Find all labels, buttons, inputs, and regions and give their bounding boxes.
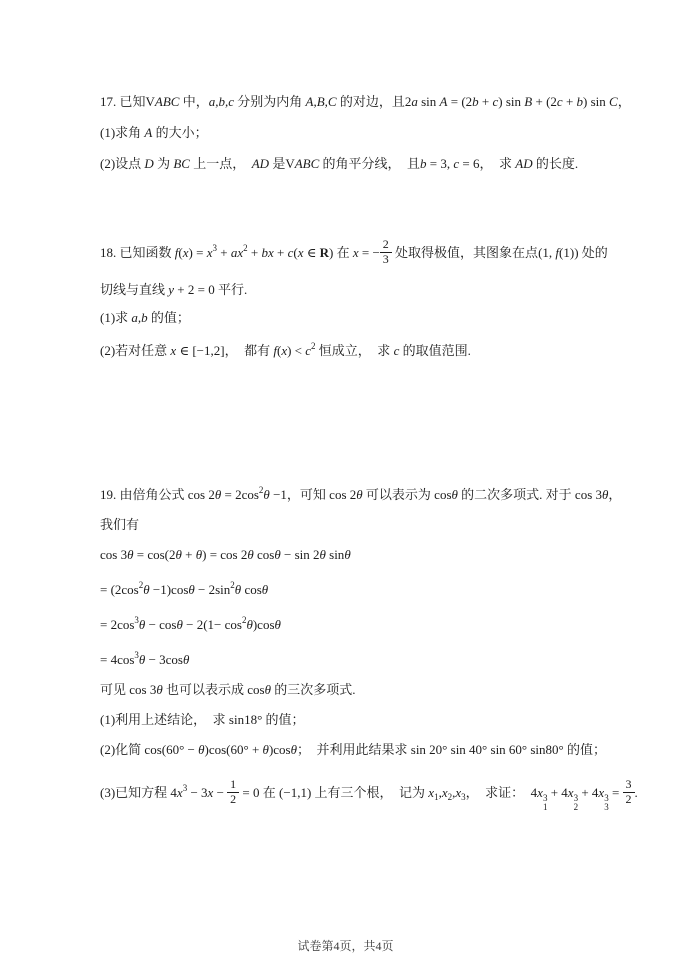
text-run: (2)设点	[100, 156, 144, 171]
math-text: (1,	[538, 245, 555, 260]
subscript: 2	[574, 803, 579, 812]
text-run: ，	[608, 487, 621, 502]
text-run: 的三次多项式.	[271, 682, 356, 697]
math-variable: a,b	[131, 310, 147, 325]
text-run: 的取值范围.	[399, 343, 471, 358]
math-variable: BC	[173, 156, 190, 171]
text-run: 可以表示为	[363, 487, 435, 502]
text-line: (2)若对任意 x ∈ [−1,2]， 都有 f(x) < c2 恒成立， 求 …	[100, 332, 620, 365]
text-run: ， 求证：	[466, 785, 531, 800]
math-text: ) sin	[498, 94, 524, 109]
fraction-denominator: 2	[227, 793, 239, 807]
text-run: 18. 已知函数	[100, 245, 175, 260]
math-text: sin	[418, 94, 440, 109]
text-run: 的角平分线， 且	[319, 156, 420, 171]
math-text: + (2	[532, 94, 557, 109]
fraction: 12	[227, 778, 239, 807]
text-run: 中，	[179, 94, 208, 109]
text-run: (3)已知方程	[100, 785, 170, 800]
fraction-numerator: 3	[623, 778, 635, 793]
math-text: ) sin	[583, 94, 609, 109]
text-line: (1)求 a,b 的值；	[100, 304, 620, 332]
math-text: +	[248, 245, 262, 260]
fraction-numerator: 1	[227, 778, 239, 793]
math-text: = (2	[447, 94, 472, 109]
math-text: V	[285, 156, 294, 171]
math-text: ∈ [−1,2]	[176, 343, 224, 358]
math-text: − sin 2	[281, 547, 320, 562]
math-text: − 3	[187, 785, 207, 800]
text-line: cos 3θ = cos(2θ + θ) = cos 2θ cosθ − sin…	[100, 540, 620, 570]
text-run: 处的	[579, 245, 608, 260]
math-text: .	[635, 785, 638, 800]
math-text: + 2 = 0	[174, 282, 215, 297]
math-text: − 2sin	[195, 582, 231, 597]
text-run: (1)利用上述结论， 求	[100, 712, 229, 727]
text-run: 的二次多项式. 对于	[458, 487, 575, 502]
math-variable: C	[609, 94, 618, 109]
math-text: − 3cos	[145, 652, 183, 667]
text-run: 也可以表示成	[163, 682, 248, 697]
math-text: cos 2	[329, 487, 356, 502]
math-variable: A,B,C	[306, 94, 337, 109]
math-text: = 2cos	[221, 487, 259, 502]
question-18: 18. 已知函数 f(x) = x3 + ax2 + bx + c(x ∈ R)…	[100, 225, 620, 365]
text-run: (1)求角	[100, 125, 144, 140]
math-variable: bx	[261, 245, 273, 260]
text-run: 17. 已知	[100, 94, 146, 109]
math-text: +	[182, 547, 196, 562]
text-run: 分别为内角	[234, 94, 306, 109]
text-run: 在	[333, 245, 353, 260]
text-run: 恒成立， 求	[316, 343, 394, 358]
math-text: (−1,1)	[279, 785, 311, 800]
math-text: +	[217, 245, 231, 260]
math-text: cos 3	[100, 547, 127, 562]
page-footer: 试卷第4页，共4页	[0, 937, 691, 954]
math-text: cos 3	[575, 487, 602, 502]
fraction: 32	[623, 778, 635, 807]
text-run: 的大小；	[152, 125, 207, 140]
math-text: = (2cos	[100, 582, 139, 597]
text-line: 可见 cos 3θ 也可以表示成 cosθ 的三次多项式.	[100, 675, 620, 705]
questions-area: 17. 已知VABC 中，a,b,c 分别为内角 A,B,C 的对边，且2a s…	[100, 86, 620, 820]
question-17: 17. 已知VABC 中，a,b,c 分别为内角 A,B,C 的对边，且2a s…	[100, 86, 620, 179]
text-line: (2)化简 cos(60° − θ)cos(60° + θ)cosθ； 并利用此…	[100, 735, 620, 765]
math-text: = 6	[459, 156, 479, 171]
text-run: ，可知	[287, 487, 329, 502]
text-run: 上有三个根， 记为	[311, 785, 428, 800]
fraction-numerator: 2	[380, 238, 392, 253]
text-line: = 4cos3θ − 3cosθ	[100, 640, 620, 675]
math-text: cos 3	[129, 682, 156, 697]
math-text: )cos	[253, 617, 275, 632]
math-variable: a,b,c	[209, 94, 234, 109]
text-run: 平行.	[215, 282, 248, 297]
math-text: − cos	[145, 617, 176, 632]
math-text: −	[213, 785, 227, 800]
math-text: −1)cos	[150, 582, 189, 597]
text-run: (2)若对任意	[100, 343, 170, 358]
text-run: 的对边，且	[337, 94, 405, 109]
question-19: 19. 由倍角公式 cos 2θ = 2cos2θ −1，可知 cos 2θ 可…	[100, 475, 620, 820]
text-run: 为	[154, 156, 174, 171]
math-text: cos	[434, 487, 451, 502]
text-run: 的值；	[262, 712, 304, 727]
text-run: (1)求	[100, 310, 131, 325]
text-run: 的值；	[564, 742, 606, 757]
math-text: + 4	[578, 785, 598, 800]
math-text: − 2(1− cos	[183, 617, 242, 632]
math-text: = 0	[239, 785, 259, 800]
math-variable: θ	[344, 547, 350, 562]
text-line: (1)求角 A 的大小；	[100, 117, 620, 148]
fraction: 23	[380, 238, 392, 267]
text-run: 处取得极值，其图象在点	[392, 245, 538, 260]
math-text: cos	[247, 682, 264, 697]
math-text: cos	[241, 582, 262, 597]
text-run: 是	[269, 156, 285, 171]
text-run: ； 并利用此结果求	[297, 742, 411, 757]
text-run: 我们有	[100, 517, 139, 532]
math-variable: θ	[183, 652, 189, 667]
text-line: 19. 由倍角公式 cos 2θ = 2cos2θ −1，可知 cos 2θ 可…	[100, 475, 620, 510]
math-text: sin 20° sin 40° sin 60° sin80°	[411, 742, 564, 757]
math-variable: ABC	[155, 94, 180, 109]
math-text: +	[563, 94, 577, 109]
math-variable: D	[144, 156, 153, 171]
math-text: cos(60° −	[144, 742, 198, 757]
math-variable: AD	[252, 156, 269, 171]
text-run: 可见	[100, 682, 129, 697]
math-text: ∈	[303, 245, 319, 260]
text-line: = 2cos3θ − cosθ − 2(1− cos2θ)cosθ	[100, 605, 620, 640]
math-text: = cos(2	[133, 547, 175, 562]
text-line: (3)已知方程 4x3 − 3x − 12 = 0 在 (−1,1) 上有三个根…	[100, 765, 620, 820]
text-run: 在	[260, 785, 280, 800]
text-run: 19. 由倍角公式	[100, 487, 188, 502]
math-variable: θ	[262, 582, 268, 597]
text-line: 17. 已知VABC 中，a,b,c 分别为内角 A,B,C 的对边，且2a s…	[100, 86, 620, 117]
math-text: −1	[270, 487, 287, 502]
text-run: 上一点，	[190, 156, 252, 171]
text-line: = (2cos2θ −1)cosθ − 2sin2θ cosθ	[100, 570, 620, 605]
math-text: V	[146, 94, 155, 109]
text-run: ， 都有	[225, 343, 274, 358]
text-run: 的值；	[148, 310, 190, 325]
math-text: +	[274, 245, 288, 260]
math-text: =	[609, 785, 623, 800]
math-text: ) = cos 2	[202, 547, 247, 562]
text-run: 的长度.	[533, 156, 579, 171]
math-text: = −	[359, 245, 380, 260]
math-text: = 3,	[427, 156, 454, 171]
subscript: 3	[604, 803, 609, 812]
text-run: (2)化简	[100, 742, 144, 757]
fraction-denominator: 2	[623, 793, 635, 807]
text-run: ，	[618, 94, 631, 109]
math-text: ) <	[287, 343, 305, 358]
subscript: 1	[543, 803, 548, 812]
math-text: )cos	[269, 742, 291, 757]
math-text: cos	[254, 547, 275, 562]
math-text: (1))	[559, 245, 579, 260]
text-line: 18. 已知函数 f(x) = x3 + ax2 + bx + c(x ∈ R)…	[100, 225, 620, 276]
math-text: )cos(60° +	[205, 742, 263, 757]
math-variable: θ	[275, 617, 281, 632]
text-line: 我们有	[100, 510, 620, 540]
text-line: (1)利用上述结论， 求 sin18° 的值；	[100, 705, 620, 735]
math-text: = 2cos	[100, 617, 134, 632]
math-text: cos 2	[188, 487, 215, 502]
math-text: ) =	[189, 245, 207, 260]
math-text: = 4cos	[100, 652, 134, 667]
math-variable: ABC	[295, 156, 320, 171]
math-variable: AD	[515, 156, 532, 171]
math-variable: ax	[231, 245, 243, 260]
text-run: ， 求	[480, 156, 516, 171]
text-line: 切线与直线 y + 2 = 0 平行.	[100, 276, 620, 304]
math-text: sin	[326, 547, 344, 562]
text-line: (2)设点 D 为 BC 上一点， AD 是VABC 的角平分线， 且b = 3…	[100, 148, 620, 179]
math-text: + 4	[547, 785, 567, 800]
document-page: 17. 已知VABC 中，a,b,c 分别为内角 A,B,C 的对边，且2a s…	[0, 0, 691, 978]
math-text: +	[479, 94, 493, 109]
math-text: sin18°	[229, 712, 262, 727]
fraction-denominator: 3	[380, 253, 392, 267]
math-bold-symbol: R	[320, 245, 329, 260]
text-run: 切线与直线	[100, 282, 168, 297]
